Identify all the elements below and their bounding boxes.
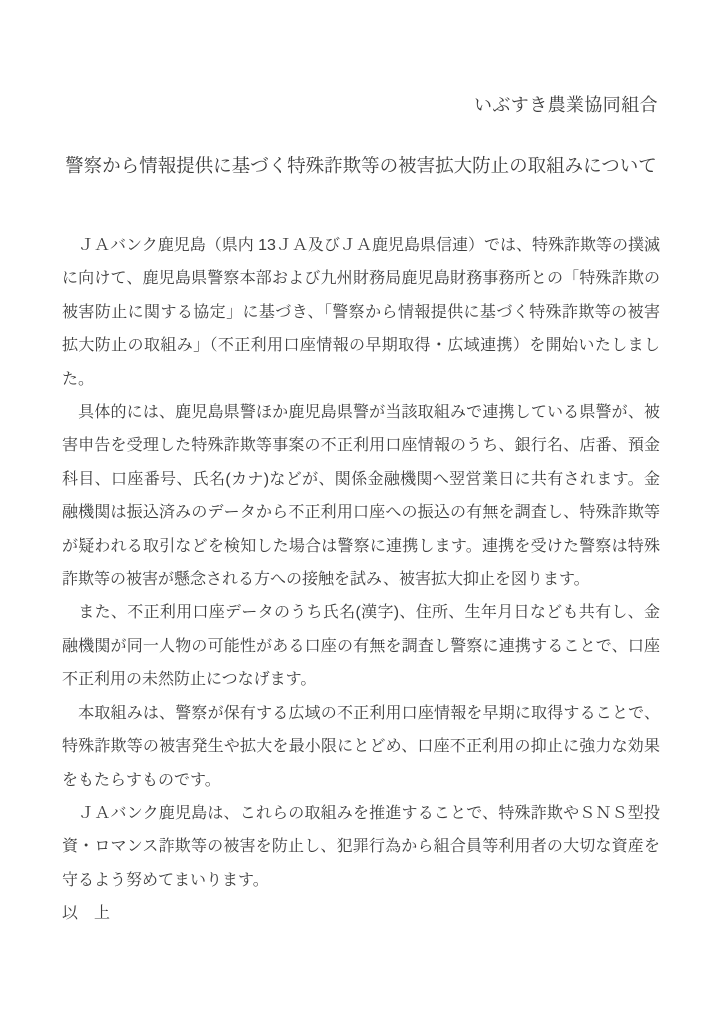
paragraph-3: また、不正利用口座データのうち氏名(漢字)、住所、生年月日なども共有し、金融機関… <box>62 596 660 696</box>
paragraph-2: 具体的には、鹿児島県警ほか鹿児島県警が当該取組みで連携している県警が、被害申告を… <box>62 396 660 596</box>
document-page: いぶすき農業協同組合 警察から情報提供に基づく特殊詐欺等の被害拡大防止の取組みに… <box>0 0 724 1024</box>
closing-ijou: 以 上 <box>62 897 660 930</box>
org-name: いぶすき農業協同組合 <box>474 94 658 117</box>
paragraph-5: ＪＡバンク鹿児島は、これらの取組みを推進することで、特殊詐欺やＳＮＳ型投資・ロマ… <box>62 797 660 897</box>
doc-title: 警察から情報提供に基づく特殊詐欺等の被害拡大防止の取組みについて <box>62 154 660 178</box>
doc-body: ＪＡバンク鹿児島（県内 13ＪＡ及びＪＡ鹿児島県信連）では、特殊詐欺等の撲滅に向… <box>62 229 660 931</box>
paragraph-1: ＪＡバンク鹿児島（県内 13ＪＡ及びＪＡ鹿児島県信連）では、特殊詐欺等の撲滅に向… <box>62 229 660 396</box>
paragraph-4: 本取組みは、警察が保有する広域の不正利用口座情報を早期に取得することで、特殊詐欺… <box>62 697 660 797</box>
